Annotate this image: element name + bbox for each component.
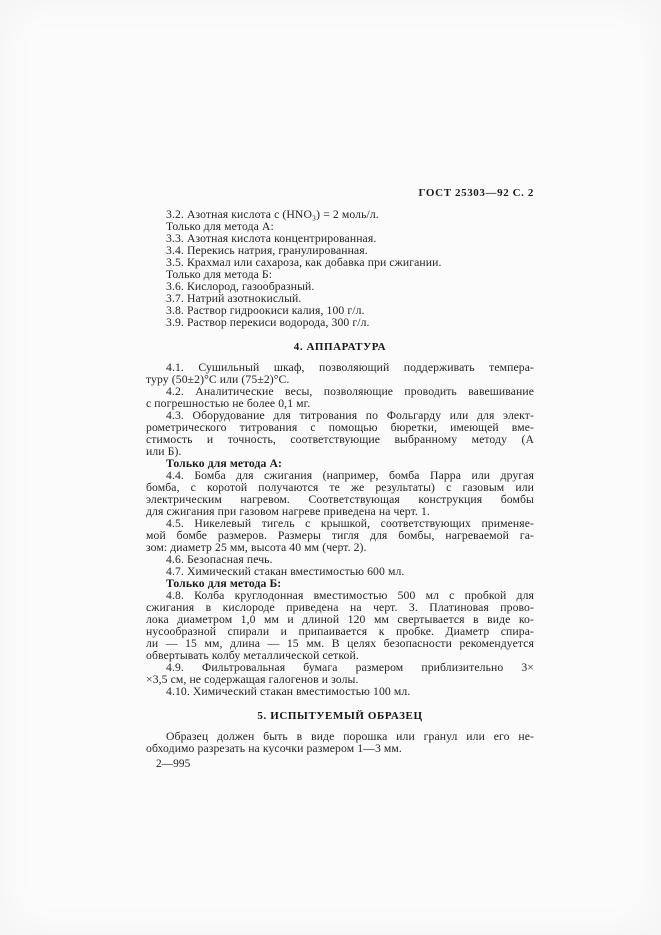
paragraph: 4.4. Бомба для сжигания (например, бомба… xyxy=(146,470,534,518)
paragraph: 4.9. Фильтровальная бумага размером приб… xyxy=(146,662,534,686)
paragraph: 4.3. Оборудование для титрования по Фоль… xyxy=(146,410,534,458)
text-line: стимость и точность, соответствующие выб… xyxy=(146,434,534,446)
paragraph: 4.10. Химический стакан вместимостью 100… xyxy=(146,686,534,698)
page-header-gost-number: ГОСТ 25303—92 С. 2 xyxy=(146,187,534,199)
text-line: 3.9. Раствор перекиси водорода, 300 г/л. xyxy=(146,317,534,329)
paragraph: 4.5. Никелевый тигель с крышкой, соответ… xyxy=(146,518,534,554)
paragraph: Образец должен быть в виде порошка или г… xyxy=(146,731,534,755)
paragraph: 4.2. Аналитические весы, позволяющие про… xyxy=(146,386,534,410)
paragraph: 4.1. Сушильный шкаф, позволяющий поддерж… xyxy=(146,362,534,386)
paragraph: 3.9. Раствор перекиси водорода, 300 г/л. xyxy=(146,317,534,329)
text-line: обходимо разрезать на кусочки размером 1… xyxy=(146,743,534,755)
document-page: ГОСТ 25303—92 С. 2 3.2. Азотная кислота … xyxy=(0,0,661,935)
document-content: ГОСТ 25303—92 С. 2 3.2. Азотная кислота … xyxy=(146,187,534,770)
section-heading: 4. АППАРАТУРА xyxy=(146,341,534,353)
footer-mark: 2—995 xyxy=(146,758,534,770)
section-heading: 5. ИСПЫТУЕМЫЙ ОБРАЗЕЦ xyxy=(146,710,534,722)
text-line: 4.10. Химический стакан вместимостью 100… xyxy=(146,686,534,698)
document-body: 3.2. Азотная кислота с (HNO₃) = 2 моль/л… xyxy=(146,209,534,755)
paragraph: 4.8. Колба круглодонная вместимостью 500… xyxy=(146,590,534,662)
